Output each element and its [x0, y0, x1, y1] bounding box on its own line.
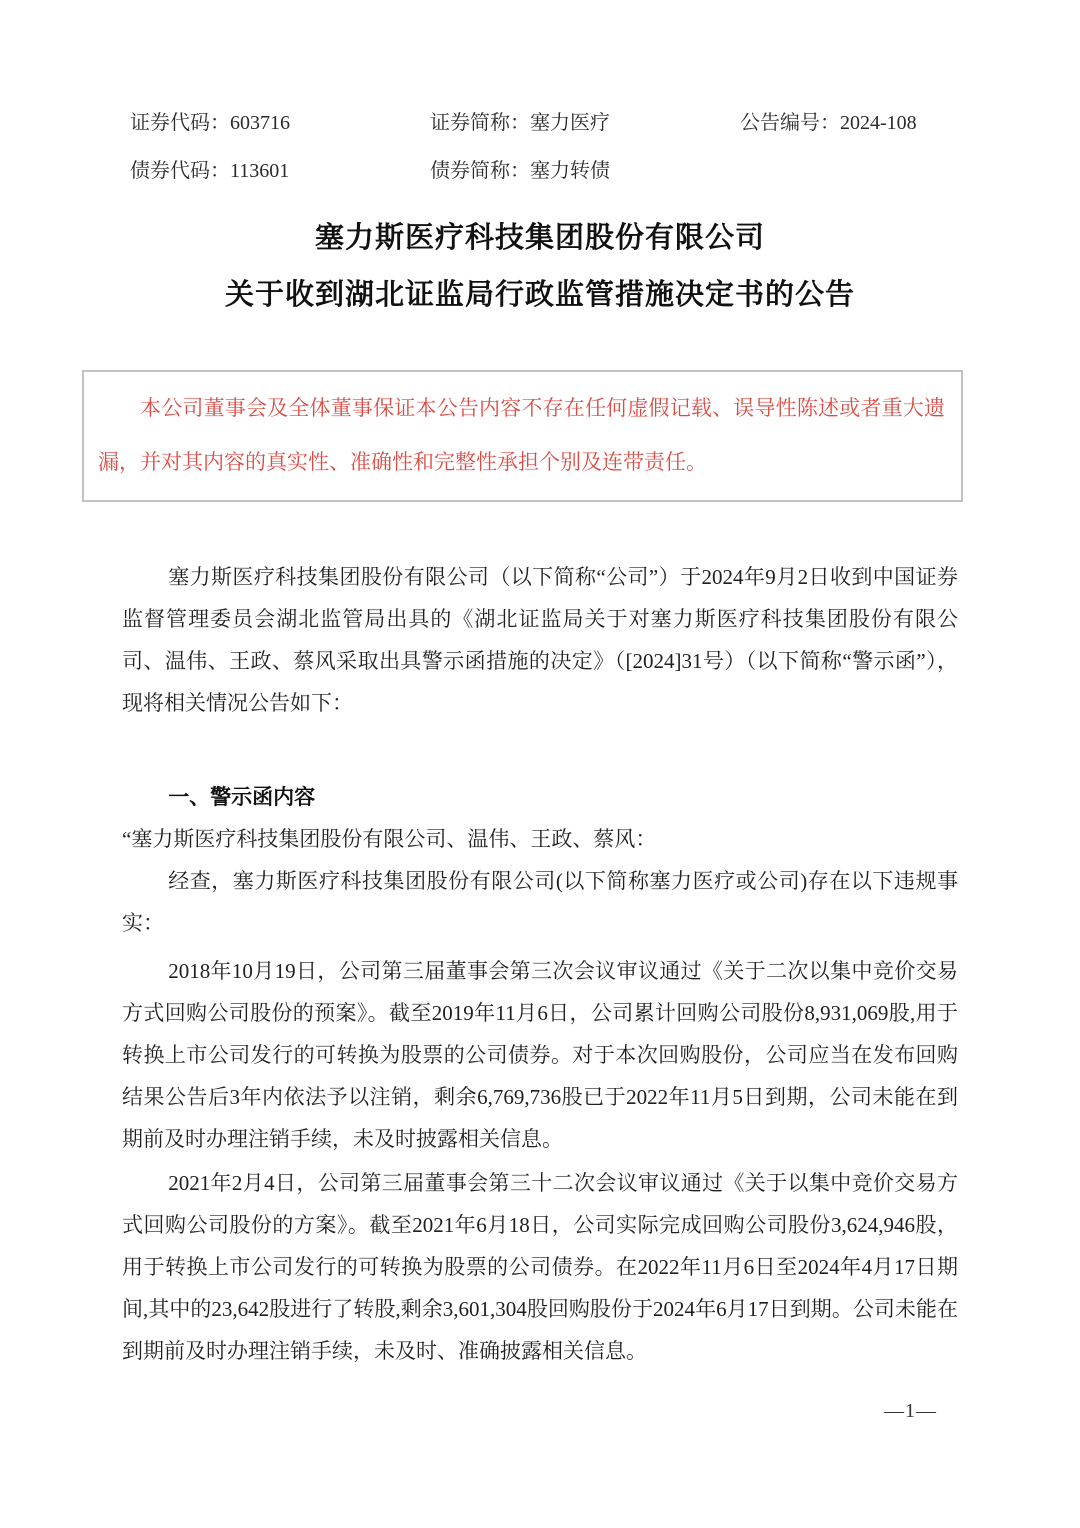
document-body: 塞力斯医疗科技集团股份有限公司（以下简称“公司”）于2024年9月2日收到中国证…	[122, 556, 958, 1372]
announcement-number: 公告编号：2024-108	[740, 110, 960, 136]
disclaimer-text: 本公司董事会及全体董事保证本公告内容不存在任何虚假记载、误导性陈述或者重大遗漏，…	[98, 381, 945, 489]
bond-code: 债券代码：113601	[130, 158, 430, 184]
header-row-bond: 债券代码：113601 债券简称：塞力转债	[130, 158, 960, 184]
company-name-title: 塞力斯医疗科技集团股份有限公司	[0, 220, 1080, 256]
header-row-stock: 证券代码：603716 证券简称：塞力医疗 公告编号：2024-108	[130, 110, 960, 136]
document-header: 证券代码：603716 证券简称：塞力医疗 公告编号：2024-108 债券代码…	[130, 110, 960, 184]
intro-paragraph: 塞力斯医疗科技集团股份有限公司（以下简称“公司”）于2024年9月2日收到中国证…	[122, 556, 958, 724]
violation-paragraph-2021: 2021年2月4日，公司第三届董事会第三十二次会议审议通过《关于以集中竞价交易方…	[122, 1162, 958, 1372]
investigation-findings-lead: 经查，塞力斯医疗科技集团股份有限公司(以下简称塞力医疗或公司)存在以下违规事实：	[122, 860, 958, 944]
violation-paragraph-2018: 2018年10月19日，公司第三届董事会第三次会议审议通过《关于二次以集中竞价交…	[122, 950, 958, 1160]
announcement-title: 关于收到湖北证监局行政监管措施决定书的公告	[0, 277, 1080, 313]
bond-short-name: 债券简称：塞力转债	[430, 158, 740, 184]
page-number: —1—	[884, 1400, 937, 1423]
disclaimer-box: 本公司董事会及全体董事保证本公告内容不存在任何虚假记载、误导性陈述或者重大遗漏，…	[82, 370, 963, 502]
section-heading-warning-letter: 一、警示函内容	[122, 776, 958, 818]
header-row-bond-spacer	[740, 158, 960, 184]
stock-code: 证券代码：603716	[130, 110, 430, 136]
announcement-page: 证券代码：603716 证券简称：塞力医疗 公告编号：2024-108 债券代码…	[0, 0, 1080, 1528]
title-block: 塞力斯医疗科技集团股份有限公司 关于收到湖北证监局行政监管措施决定书的公告	[0, 220, 1080, 313]
stock-short-name: 证券简称：塞力医疗	[430, 110, 740, 136]
warning-letter-addressees: “塞力斯医疗科技集团股份有限公司、温伟、王政、蔡风：	[122, 818, 958, 860]
